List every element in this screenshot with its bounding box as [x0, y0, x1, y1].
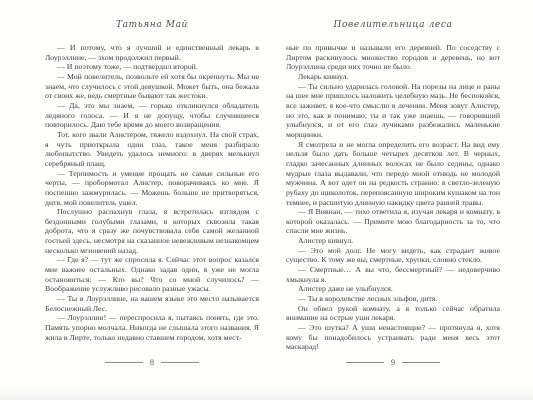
paragraph: — Ты в Лоурэллине, на вашем языке это ме… — [45, 294, 259, 313]
paragraph: — Где я? — тут же спросила я. Сейчас это… — [45, 255, 259, 294]
paragraph: ные по привычке и называли его деревней.… — [286, 43, 500, 72]
paragraph: Послушно распахнув глаза, я встретилась … — [45, 207, 259, 255]
paragraph: — Мой повелитель, позвольте ей хотя бы о… — [45, 72, 259, 101]
book-spread: Татьяна Май — И потому, что я лучший и е… — [0, 0, 533, 400]
paragraph: — И потому, что я лучший и единственный … — [45, 43, 259, 62]
paragraph: Алистер кивнул. — [286, 236, 500, 246]
paragraph: — Это мой долг. Не могу видеть, как стра… — [286, 246, 500, 265]
running-head-author: Татьяна Май — [45, 20, 259, 30]
paragraph: — Это шутка? А уши ненастоящие? — протян… — [286, 323, 500, 352]
page-body-text: ные по привычке и называли его деревней.… — [286, 43, 500, 352]
paragraph: — Ты сильно ударилась головой. На порезы… — [286, 82, 500, 140]
paragraph: — Смертные… А вы что, бессмертный? — нед… — [286, 265, 500, 284]
page-number: 8 — [150, 358, 154, 367]
paragraph: Алистер даже не улыбнулся. — [286, 284, 500, 294]
paragraph: Я смотрела и не могла определить его воз… — [286, 140, 500, 208]
page-footer: 8 — [45, 358, 259, 367]
folio-rule-right — [161, 362, 199, 363]
page-footer: 9 — [286, 358, 500, 367]
page-right: Повелительница леса ные по привычке и на… — [286, 0, 500, 400]
running-head-title: Повелительница леса — [286, 20, 500, 30]
paragraph: Тот, кого звали Алистером, тяжело вздохн… — [45, 130, 259, 169]
paragraph: — Я Вивиан, — тихо ответила я, изучая ле… — [286, 207, 500, 236]
page-number: 9 — [391, 358, 395, 367]
paragraph: Он обвел рукой комнату, а я только сейча… — [286, 304, 500, 323]
paragraph: — Ты в королевстве лесных эльфов, дитя. — [286, 294, 500, 304]
folio-rule-left — [346, 362, 384, 363]
paragraph: — Да, это мы знаем, — горько откликнулся… — [45, 101, 259, 130]
page-body-text: — И потому, что я лучший и единственный … — [45, 43, 259, 342]
folio-rule-left — [105, 362, 143, 363]
folio-rule-right — [402, 362, 440, 363]
paragraph: Лекарь кивнул. — [286, 72, 500, 82]
paragraph: — Терпимость и умение прощать не самые с… — [45, 169, 259, 208]
paragraph: — И поэтому тоже, — подтвердил второй. — [45, 62, 259, 72]
paragraph: — Лоурэллин! — переспросила я, пытаясь п… — [45, 313, 259, 342]
page-left: Татьяна Май — И потому, что я лучший и е… — [45, 0, 259, 400]
